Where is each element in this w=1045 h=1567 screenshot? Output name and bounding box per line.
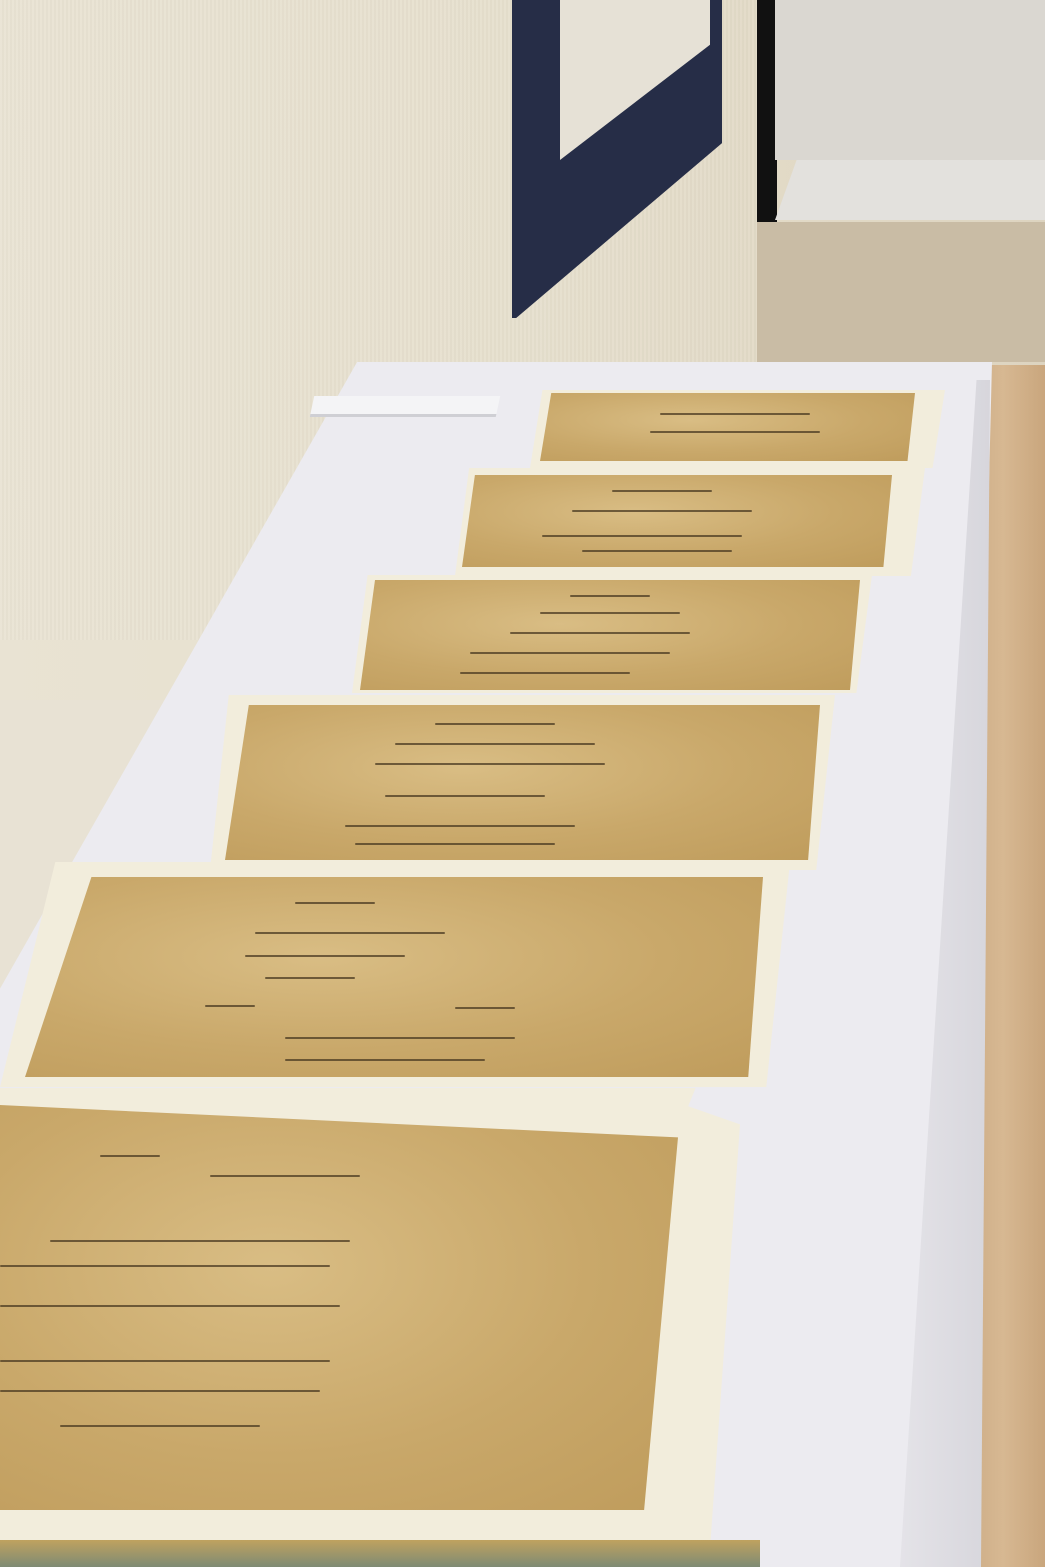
album-page-4 (225, 705, 820, 860)
exhibit-label-card (310, 396, 500, 417)
album-cover-edge (0, 1540, 760, 1567)
display-case-back (775, 0, 1045, 160)
display-case-base (757, 222, 1045, 362)
album-page-2 (462, 475, 892, 567)
album-page-1 (540, 393, 915, 461)
album-page-3 (360, 580, 860, 690)
album-page-5 (25, 877, 763, 1077)
album-page-6 (0, 1105, 678, 1510)
display-case-shelf (775, 160, 1045, 220)
display-case-edge (757, 0, 777, 225)
